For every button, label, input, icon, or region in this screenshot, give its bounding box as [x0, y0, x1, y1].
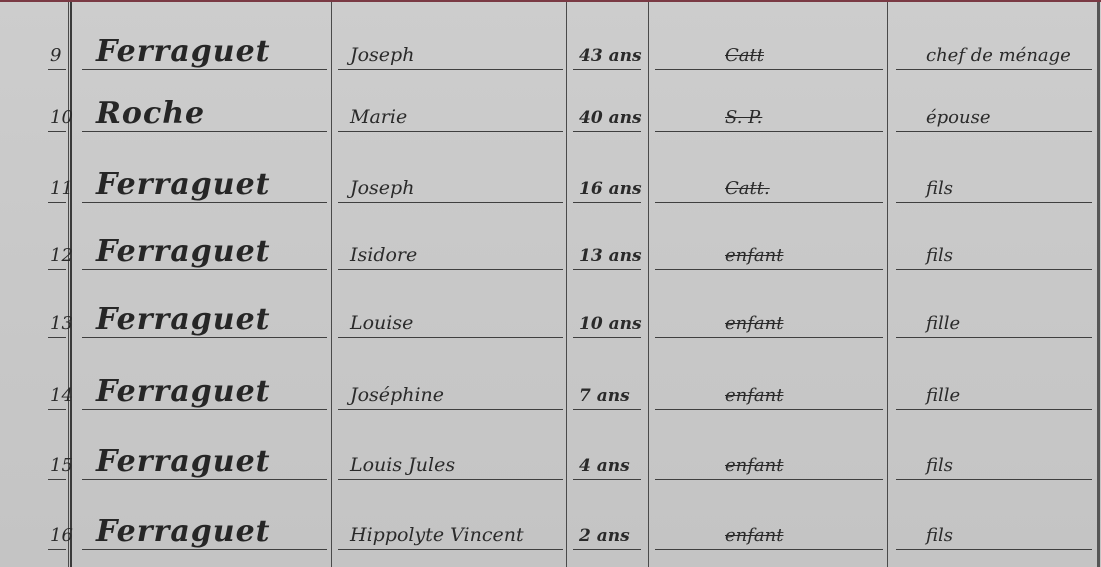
relation-cell: fille — [896, 342, 1092, 410]
entry-number: 11 — [50, 178, 73, 199]
given-name: Louis Jules — [350, 454, 455, 476]
register-row: 12 Ferraguet Isidore 13 ans enfant fils — [0, 202, 1101, 270]
surname-cell: Ferraguet — [82, 482, 327, 550]
relation-cell: épouse — [896, 64, 1092, 132]
register-row: 10 Roche Marie 40 ans S. P. épouse — [0, 64, 1101, 132]
surname-cell: Ferraguet — [82, 2, 327, 70]
census-page: 9 Ferraguet Joseph 43 ans Catt chef de m… — [0, 0, 1101, 567]
entry-number-cell: 13 — [48, 270, 66, 338]
age: 4 ans — [579, 456, 630, 476]
given-name: Isidore — [350, 244, 417, 266]
given-name-cell: Joseph — [338, 135, 563, 203]
relation: fils — [926, 245, 953, 266]
age: 16 ans — [579, 179, 642, 199]
surname-cell: Ferraguet — [82, 202, 327, 270]
status-cell: Catt — [655, 2, 883, 70]
age-cell: 10 ans — [573, 270, 641, 338]
surname-cell: Ferraguet — [82, 342, 327, 410]
entry-number: 13 — [50, 313, 73, 334]
age: 13 ans — [579, 246, 642, 266]
entry-number-cell: 12 — [48, 202, 66, 270]
entry-number-cell: 9 — [48, 2, 66, 70]
given-name-cell: Louise — [338, 270, 563, 338]
status-cell: enfant — [655, 482, 883, 550]
given-name-cell: Joséphine — [338, 342, 563, 410]
entry-number-cell: 14 — [48, 342, 66, 410]
register-row: 15 Ferraguet Louis Jules 4 ans enfant fi… — [0, 412, 1101, 480]
status: enfant — [725, 245, 783, 266]
status: S. P. — [725, 107, 762, 128]
entry-number: 14 — [50, 385, 73, 406]
relation-cell: fils — [896, 135, 1092, 203]
given-name: Joseph — [350, 44, 414, 66]
surname-cell: Ferraguet — [82, 135, 327, 203]
entry-number: 9 — [50, 45, 61, 66]
relation: fils — [926, 455, 953, 476]
relation: fils — [926, 178, 953, 199]
given-name-cell: Louis Jules — [338, 412, 563, 480]
status: enfant — [725, 455, 783, 476]
surname: Roche — [96, 96, 205, 131]
given-name-cell: Isidore — [338, 202, 563, 270]
surname: Ferraguet — [96, 234, 271, 269]
age: 7 ans — [579, 386, 630, 406]
entry-number: 16 — [50, 525, 73, 546]
register-row: 9 Ferraguet Joseph 43 ans Catt chef de m… — [0, 2, 1101, 70]
age: 40 ans — [579, 108, 642, 128]
entry-number: 15 — [50, 455, 73, 476]
surname-cell: Roche — [82, 64, 327, 132]
age-cell: 40 ans — [573, 64, 641, 132]
status-cell: enfant — [655, 412, 883, 480]
relation-cell: fils — [896, 412, 1092, 480]
given-name: Louise — [350, 312, 413, 334]
age-cell: 16 ans — [573, 135, 641, 203]
relation-cell: fils — [896, 202, 1092, 270]
entry-number: 10 — [50, 107, 73, 128]
status: enfant — [725, 525, 783, 546]
register-row: 11 Ferraguet Joseph 16 ans Catt. fils — [0, 135, 1101, 203]
surname-cell: Ferraguet — [82, 270, 327, 338]
given-name-cell: Hippolyte Vincent — [338, 482, 563, 550]
given-name-cell: Joseph — [338, 2, 563, 70]
register-row: 14 Ferraguet Joséphine 7 ans enfant fill… — [0, 342, 1101, 410]
relation-cell: fils — [896, 482, 1092, 550]
register-row: 13 Ferraguet Louise 10 ans enfant fille — [0, 270, 1101, 338]
given-name: Marie — [350, 106, 407, 128]
entry-number-cell: 16 — [48, 482, 66, 550]
status-cell: Catt. — [655, 135, 883, 203]
status: Catt. — [725, 178, 770, 199]
status-cell: enfant — [655, 270, 883, 338]
surname: Ferraguet — [96, 444, 271, 479]
age-cell: 2 ans — [573, 482, 641, 550]
status-cell: enfant — [655, 202, 883, 270]
entry-number: 12 — [50, 245, 73, 266]
entry-number-cell: 15 — [48, 412, 66, 480]
surname: Ferraguet — [96, 167, 271, 202]
given-name: Hippolyte Vincent — [350, 524, 524, 546]
age: 2 ans — [579, 526, 630, 546]
relation: fils — [926, 525, 953, 546]
relation: chef de ménage — [926, 45, 1071, 66]
status: enfant — [725, 313, 783, 334]
given-name-cell: Marie — [338, 64, 563, 132]
given-name: Joseph — [350, 177, 414, 199]
surname-cell: Ferraguet — [82, 412, 327, 480]
relation: épouse — [926, 107, 991, 128]
given-name: Joséphine — [350, 384, 444, 406]
age-cell: 7 ans — [573, 342, 641, 410]
relation-cell: fille — [896, 270, 1092, 338]
status: Catt — [725, 45, 764, 66]
status-cell: S. P. — [655, 64, 883, 132]
entry-number-cell: 11 — [48, 135, 66, 203]
age: 10 ans — [579, 314, 642, 334]
status-cell: enfant — [655, 342, 883, 410]
surname: Ferraguet — [96, 302, 271, 337]
age-cell: 4 ans — [573, 412, 641, 480]
age: 43 ans — [579, 46, 642, 66]
relation: fille — [926, 313, 960, 334]
register-row: 16 Ferraguet Hippolyte Vincent 2 ans enf… — [0, 482, 1101, 550]
age-cell: 13 ans — [573, 202, 641, 270]
surname: Ferraguet — [96, 374, 271, 409]
age-cell: 43 ans — [573, 2, 641, 70]
relation: fille — [926, 385, 960, 406]
entry-number-cell: 10 — [48, 64, 66, 132]
relation-cell: chef de ménage — [896, 2, 1092, 70]
status: enfant — [725, 385, 783, 406]
surname: Ferraguet — [96, 514, 271, 549]
